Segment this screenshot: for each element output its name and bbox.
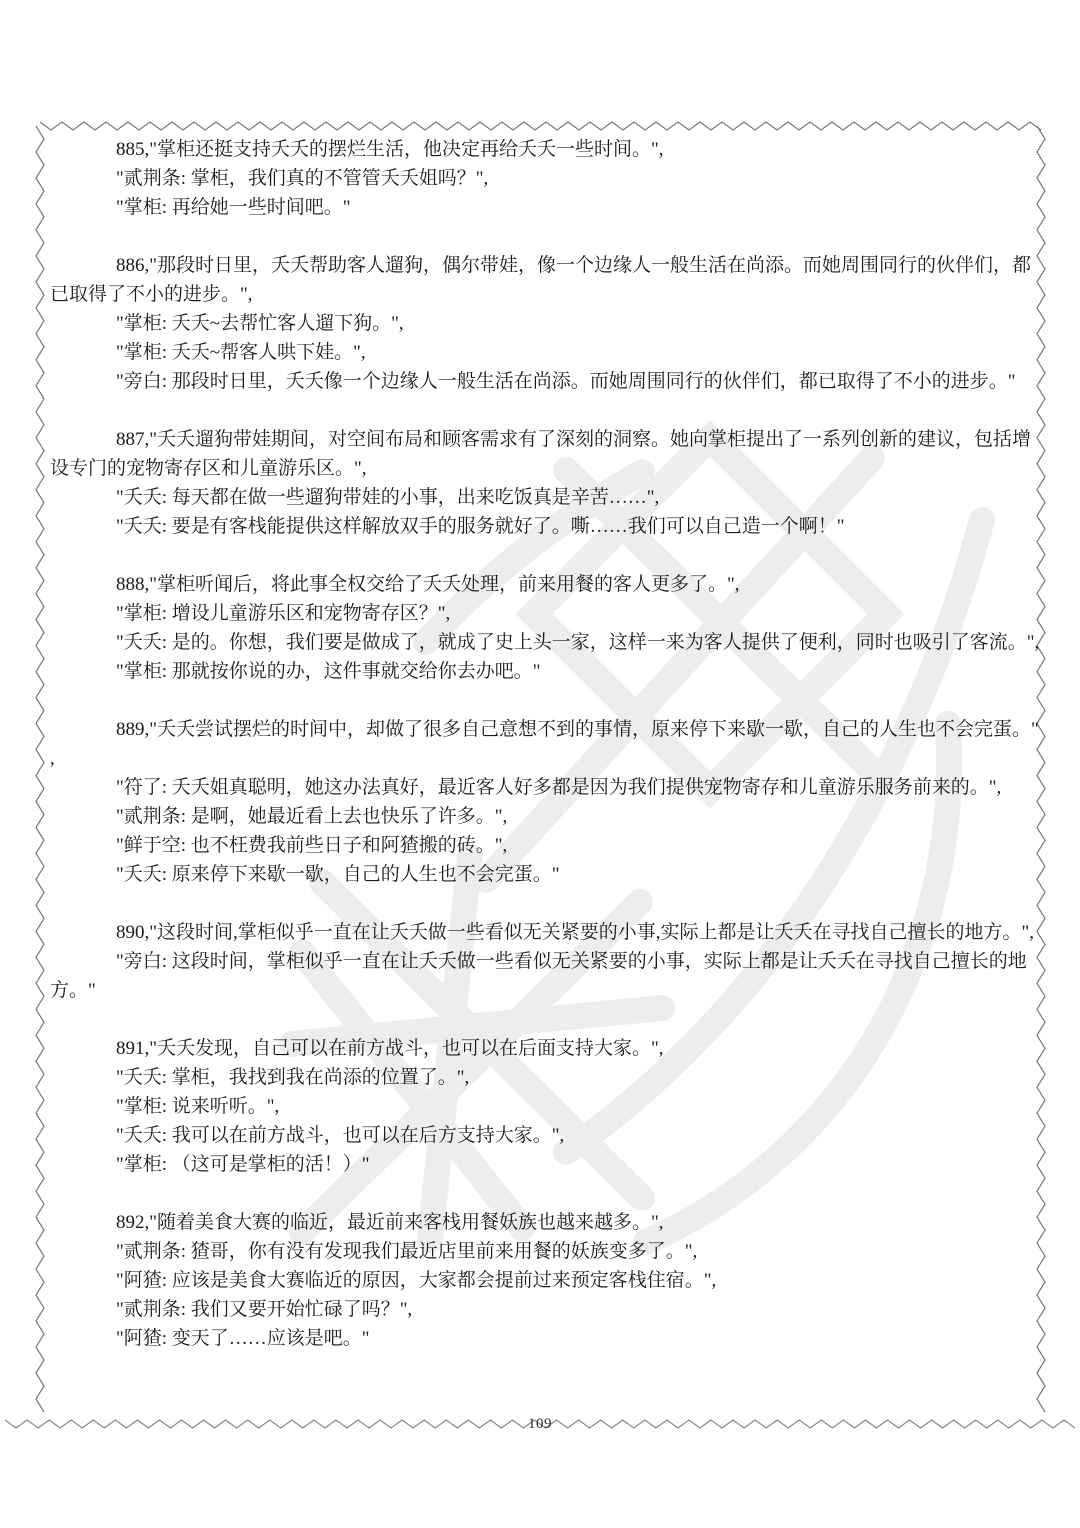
script-entry-887: 887,"夭夭遛狗带娃期间，对空间布局和顾客需求有了深刻的洞察。她向掌柜提出了一… [50,425,1040,541]
text-line: "掌柜: 说来听听。", [50,1092,1040,1121]
text-line: "夭夭: 原来停下来歇一歇，自己的人生也不会完蛋。" [50,860,1040,889]
text-line: "贰荆条: 掌柜，我们真的不管管夭夭姐吗？", [50,164,1040,193]
page-number: 109 [0,1416,1080,1433]
text-line: 885,"掌柜还挺支持夭夭的摆烂生活，他决定再给夭夭一些时间。", [50,135,1040,164]
text-line: 889,"夭夭尝试摆烂的时间中，却做了很多自己意想不到的事情，原来停下来歇一歇，… [50,715,1040,773]
text-line: "鲜于空: 也不枉费我前些日子和阿猹搬的砖。", [50,831,1040,860]
text-line: "掌柜: （这可是掌柜的活！）" [50,1150,1040,1179]
script-entry-888: 888,"掌柜听闻后，将此事全权交给了夭夭处理，前来用餐的客人更多了。","掌柜… [50,570,1040,686]
text-line: "夭夭: 我可以在前方战斗，也可以在后方支持大家。", [50,1121,1040,1150]
script-entry-885: 885,"掌柜还挺支持夭夭的摆烂生活，他决定再给夭夭一些时间。","贰荆条: 掌… [50,135,1040,222]
text-line: "掌柜: 夭夭~帮客人哄下娃。", [50,338,1040,367]
text-line: "旁白: 这段时间，掌柜似乎一直在让夭夭做一些看似无关紧要的小事，实际上都是让夭… [50,947,1040,1005]
text-line: "夭夭: 要是有客栈能提供这样解放双手的服务就好了。嘶……我们可以自己造一个啊！… [50,512,1040,541]
text-line: 892,"随着美食大赛的临近，最近前来客栈用餐妖族也越来越多。", [50,1208,1040,1237]
script-entry-891: 891,"夭夭发现，自己可以在前方战斗，也可以在后面支持大家。","夭夭: 掌柜… [50,1034,1040,1179]
script-entry-892: 892,"随着美食大赛的临近，最近前来客栈用餐妖族也越来越多。","贰荆条: 猹… [50,1208,1040,1353]
script-entry-889: 889,"夭夭尝试摆烂的时间中，却做了很多自己意想不到的事情，原来停下来歇一歇，… [50,715,1040,889]
text-line: "贰荆条: 是啊，她最近看上去也快乐了许多。", [50,802,1040,831]
document-page: 885,"掌柜还挺支持夭夭的摆烂生活，他决定再给夭夭一些时间。","贰荆条: 掌… [0,0,1080,1528]
text-line: 887,"夭夭遛狗带娃期间，对空间布局和顾客需求有了深刻的洞察。她向掌柜提出了一… [50,425,1040,483]
text-line: "掌柜: 那就按你说的办，这件事就交给你去办吧。" [50,657,1040,686]
text-line: "符了: 夭夭姐真聪明，她这办法真好，最近客人好多都是因为我们提供宠物寄存和儿童… [50,773,1040,802]
text-line: "旁白: 那段时日里，夭夭像一个边缘人一般生活在尚添。而她周围同行的伙伴们，都已… [50,367,1040,396]
script-text: 885,"掌柜还挺支持夭夭的摆烂生活，他决定再给夭夭一些时间。","贰荆条: 掌… [50,135,1040,1353]
text-line: "贰荆条: 我们又要开始忙碌了吗？", [50,1295,1040,1324]
text-line: "阿猹: 应该是美食大赛临近的原因，大家都会提前过来预定客栈住宿。", [50,1266,1040,1295]
text-line: "贰荆条: 猹哥，你有没有发现我们最近店里前来用餐的妖族变多了。", [50,1237,1040,1266]
text-line: 888,"掌柜听闻后，将此事全权交给了夭夭处理，前来用餐的客人更多了。", [50,570,1040,599]
text-line: "掌柜: 再给她一些时间吧。" [50,193,1040,222]
text-line: 886,"那段时日里，夭夭帮助客人遛狗，偶尔带娃，像一个边缘人一般生活在尚添。而… [50,251,1040,309]
text-line: "夭夭: 是的。你想，我们要是做成了，就成了史上头一家，这样一来为客人提供了便利… [50,628,1040,657]
text-line: "掌柜: 夭夭~去帮忙客人遛下狗。", [50,309,1040,338]
text-line: "掌柜: 增设儿童游乐区和宠物寄存区？", [50,599,1040,628]
text-line: "阿猹: 变天了……应该是吧。" [50,1324,1040,1353]
script-entry-890: 890,"这段时间,掌柜似乎一直在让夭夭做一些看似无关紧要的小事,实际上都是让夭… [50,918,1040,1005]
text-line: 891,"夭夭发现，自己可以在前方战斗，也可以在后面支持大家。", [50,1034,1040,1063]
text-line: 890,"这段时间,掌柜似乎一直在让夭夭做一些看似无关紧要的小事,实际上都是让夭… [50,918,1040,947]
script-entry-886: 886,"那段时日里，夭夭帮助客人遛狗，偶尔带娃，像一个边缘人一般生活在尚添。而… [50,251,1040,396]
text-line: "夭夭: 每天都在做一些遛狗带娃的小事，出来吃饭真是辛苦……", [50,483,1040,512]
text-line: "夭夭: 掌柜，我找到我在尚添的位置了。", [50,1063,1040,1092]
